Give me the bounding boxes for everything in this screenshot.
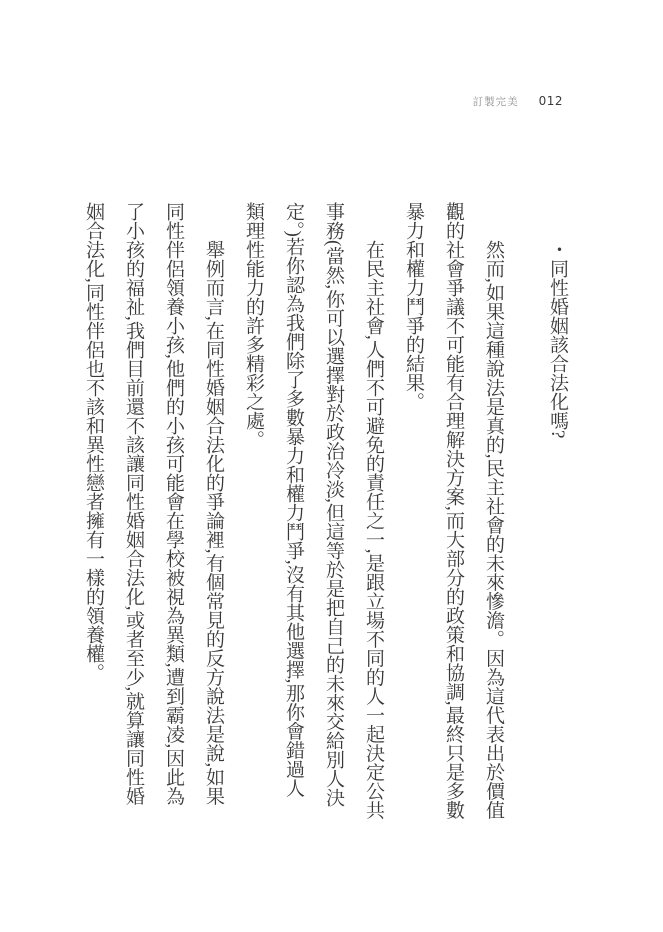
section-title: ・同性婚姻該合法化嗎? xyxy=(537,202,577,852)
text-column: 了小孩的福祉,我們目前還不該讓同性婚姻合法化,或者至少,就算讓同性婚 xyxy=(113,202,153,852)
text-column: 定。)若你認為我們除了多數暴力和權力鬥爭,沒有其他選擇,那你會錯過人 xyxy=(273,202,313,852)
text-column: 暴力和權力鬥爭的結果。 xyxy=(393,202,433,852)
paragraph: 在民主社會,人們不可避免的責任之一,是跟立場不同的人一起決定公共事務(當然,你可… xyxy=(233,202,393,852)
text-column: 類理性能力的許多精彩之處。 xyxy=(233,202,273,852)
book-page: 訂製完美 012 ・同性婚姻該合法化嗎? 然而,如果這種說法是真的,民主社會的未… xyxy=(0,0,663,932)
paragraphs-container: 然而,如果這種說法是真的,民主社會的未來慘澹。因為這代表出於價值觀的社會爭議不可… xyxy=(73,202,513,852)
paragraph: 舉例而言,在同性婚姻合法化的爭論裡,有個常見的反方說法是說,如果同性伴侶領養小孩… xyxy=(73,202,233,852)
text-column: 在民主社會,人們不可避免的責任之一,是跟立場不同的人一起決定公共 xyxy=(353,202,393,852)
page-body-text: ・同性婚姻該合法化嗎? 然而,如果這種說法是真的,民主社會的未來慘澹。因為這代表… xyxy=(73,202,577,852)
text-column: 舉例而言,在同性婚姻合法化的爭論裡,有個常見的反方說法是說,如果 xyxy=(193,202,233,852)
page-number: 012 xyxy=(539,94,563,108)
text-column: 同性伴侶領養小孩,他們的小孩可能會在學校被視為異類,遭到霸凌,因此為 xyxy=(153,202,193,852)
book-title-label: 訂製完美 xyxy=(473,94,519,109)
text-column: 觀的社會爭議不可能有合理解決方案,而大部分的政策和協調,最終只是多數 xyxy=(433,202,473,852)
text-column: 事務(當然,你可以選擇對於政治冷淡,但這等於是把自己的未來交給別人決 xyxy=(313,202,353,852)
paragraph: 然而,如果這種說法是真的,民主社會的未來慘澹。因為這代表出於價值觀的社會爭議不可… xyxy=(393,202,513,852)
text-column: 然而,如果這種說法是真的,民主社會的未來慘澹。因為這代表出於價值 xyxy=(473,202,513,852)
text-column: 姻合法化,同性伴侶也不該和異性戀者擁有一樣的領養權。 xyxy=(73,202,113,852)
running-header: 訂製完美 012 xyxy=(473,94,563,109)
